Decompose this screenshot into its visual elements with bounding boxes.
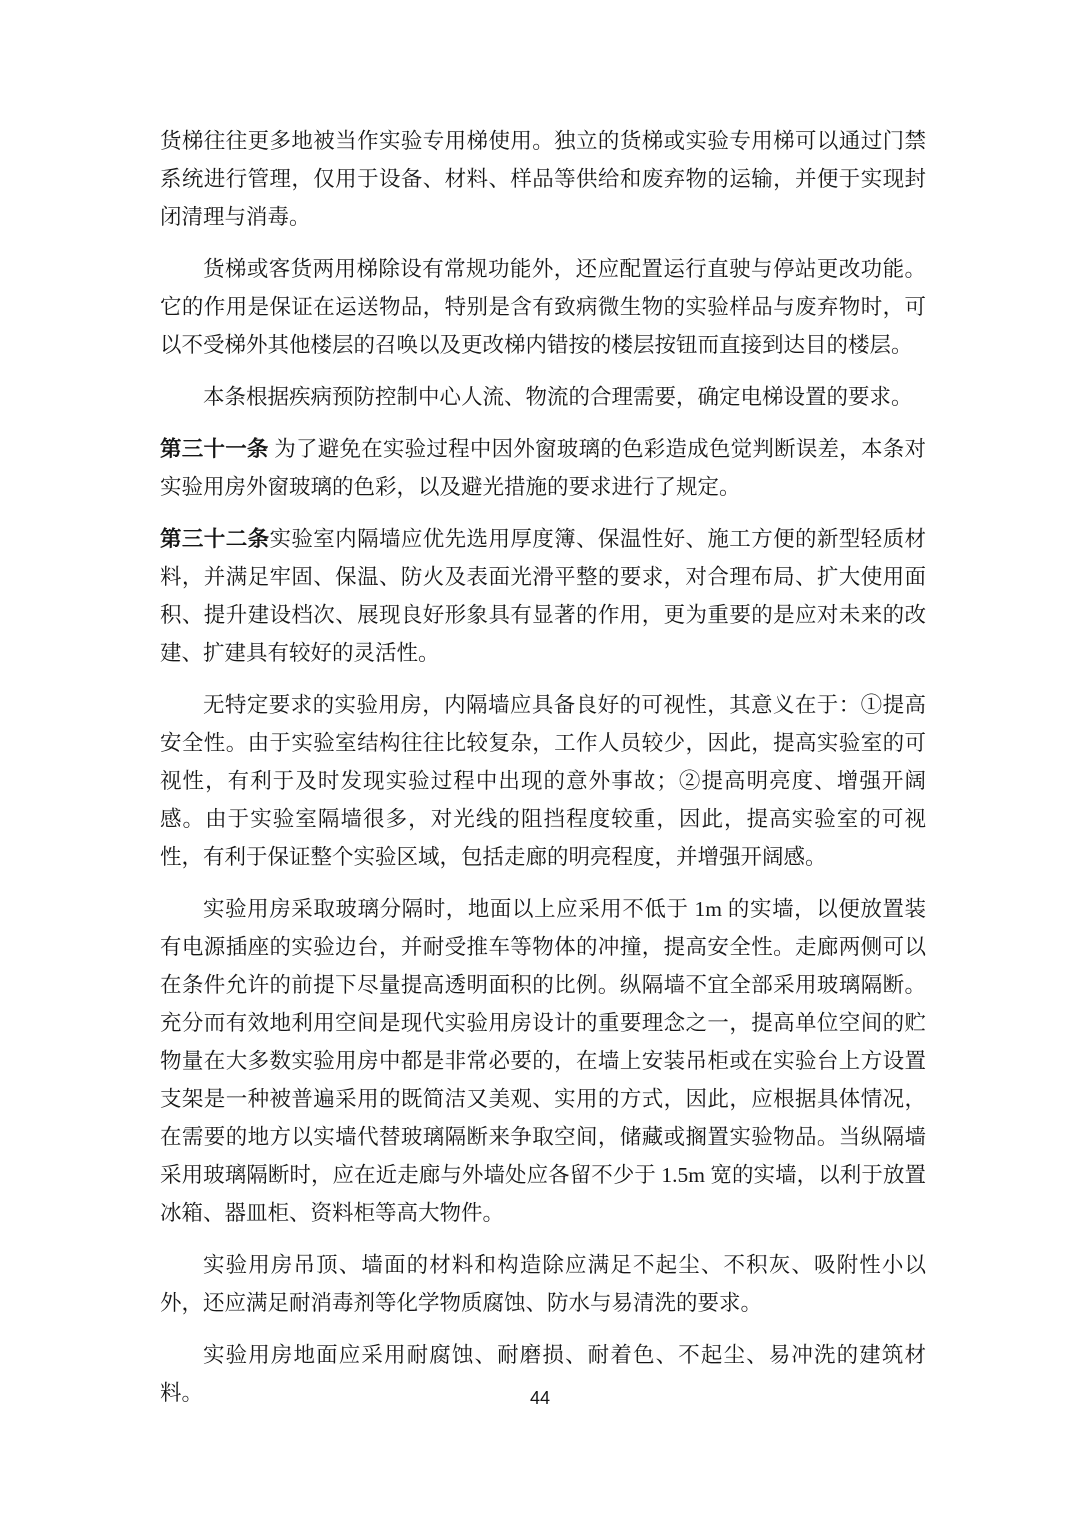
paragraph-text: 实验室内隔墙应优先选用厚度簿、保温性好、施工方便的新型轻质材料，并满足牢固、保温… <box>160 527 926 665</box>
paragraph-text: 为了避免在实验过程中因外窗玻璃的色彩造成色觉判断误差，本条对实验用房外窗玻璃的色… <box>160 437 926 499</box>
document-body: 货梯往往更多地被当作实验专用梯使用。独立的货梯或实验专用梯可以通过门禁系统进行管… <box>160 122 926 1426</box>
paragraph-text: 无特定要求的实验用房，内隔墙应具备良好的可视性，其意义在于：①提高安全性。由于实… <box>160 693 926 869</box>
paragraph-text: 货梯往往更多地被当作实验专用梯使用。独立的货梯或实验专用梯可以通过门禁系统进行管… <box>160 129 926 229</box>
paragraph: 货梯往往更多地被当作实验专用梯使用。独立的货梯或实验专用梯可以通过门禁系统进行管… <box>160 122 926 236</box>
document-page: 货梯往往更多地被当作实验专用梯使用。独立的货梯或实验专用梯可以通过门禁系统进行管… <box>0 0 1080 1527</box>
paragraph: 货梯或客货两用梯除设有常规功能外，还应配置运行直驶与停站更改功能。它的作用是保证… <box>160 250 926 364</box>
paragraph: 无特定要求的实验用房，内隔墙应具备良好的可视性，其意义在于：①提高安全性。由于实… <box>160 686 926 876</box>
page-number: 44 <box>0 1388 1080 1409</box>
paragraph: 实验用房采取玻璃分隔时，地面以上应采用不低于 1m 的实墙，以便放置装有电源插座… <box>160 890 926 1232</box>
paragraph-text: 实验用房采取玻璃分隔时，地面以上应采用不低于 1m 的实墙，以便放置装有电源插座… <box>160 897 926 1225</box>
paragraph-text: 货梯或客货两用梯除设有常规功能外，还应配置运行直驶与停站更改功能。它的作用是保证… <box>160 257 926 357</box>
paragraph-text: 本条根据疾病预防控制中心人流、物流的合理需要，确定电梯设置的要求。 <box>203 385 913 409</box>
paragraph: 本条根据疾病预防控制中心人流、物流的合理需要，确定电梯设置的要求。 <box>160 378 926 416</box>
paragraph: 实验用房吊顶、墙面的材料和构造除应满足不起尘、不积灰、吸附性小以外，还应满足耐消… <box>160 1246 926 1322</box>
paragraph-article-32: 第三十二条实验室内隔墙应优先选用厚度簿、保温性好、施工方便的新型轻质材料，并满足… <box>160 520 926 672</box>
article-label: 第三十二条 <box>160 527 269 551</box>
paragraph-text: 实验用房吊顶、墙面的材料和构造除应满足不起尘、不积灰、吸附性小以外，还应满足耐消… <box>160 1253 926 1315</box>
article-label: 第三十一条 <box>160 437 269 461</box>
paragraph-article-31: 第三十一条 为了避免在实验过程中因外窗玻璃的色彩造成色觉判断误差，本条对实验用房… <box>160 430 926 506</box>
